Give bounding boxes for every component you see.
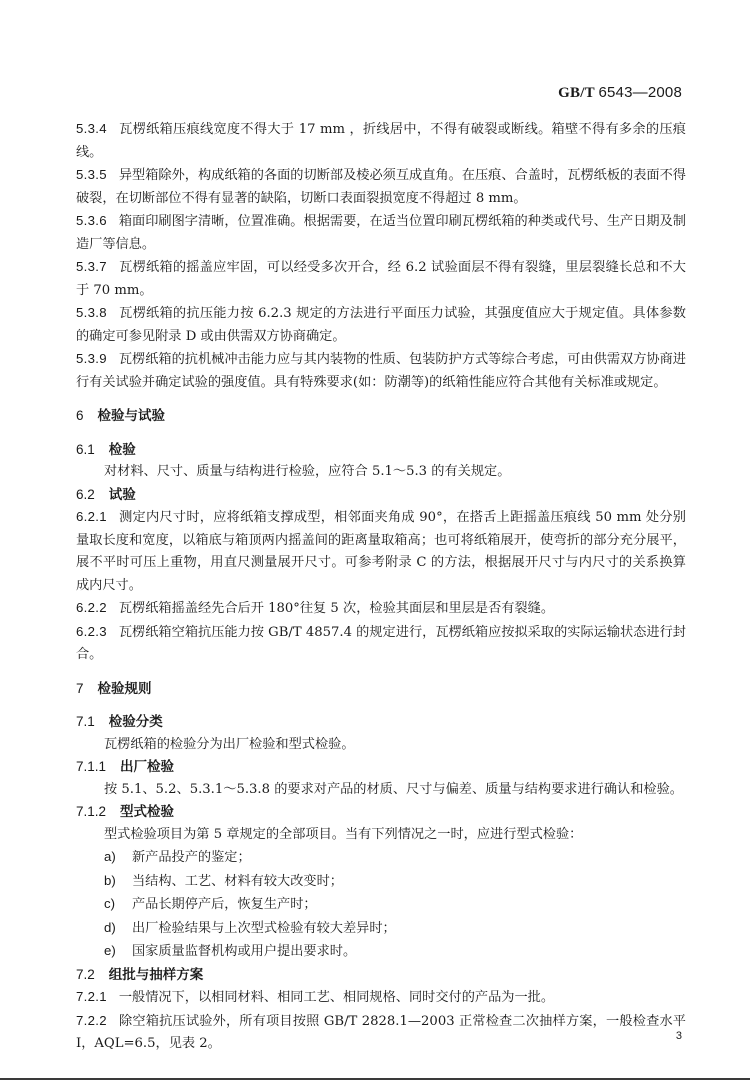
section-number: 7.1 [76,714,95,729]
list-text: 出厂检验结果与上次型式检验有较大差异时； [132,921,396,936]
list-item-b: b)当结构、工艺、材料有较大改变时； [76,870,686,894]
clause-text: 瓦楞纸箱空箱抗压能力按 GB/T 4857.4 的规定进行，瓦楞纸箱应按拟采取的… [76,625,686,663]
paragraph-7-1: 瓦楞纸箱的检验分为出厂检验和型式检验。 [76,734,686,757]
document-page: GB/T 6543—2008 5.3.4瓦楞纸箱压痕线宽度不得大于 17 mm … [0,0,750,1078]
chapter-title: 检验规则 [98,681,152,696]
clause-number: 7.2.1 [76,989,107,1004]
list-text: 新产品投产的鉴定； [132,850,251,865]
section-number: 7.1.1 [76,759,106,774]
clause-5-3-9: 5.3.9瓦楞纸箱的抗机械冲击能力应与其内装物的性质、包装防护方式等综合考虑，可… [76,348,686,394]
section-6-2-heading: 6.2试验 [76,484,686,507]
standard-header: GB/T 6543—2008 [558,84,682,102]
paragraph-7-1-2: 型式检验项目为第 5 章规定的全部项目。当有下列情况之一时，应进行型式检验： [76,824,686,847]
paragraph-7-1-1: 按 5.1、5.2、5.3.1～5.3.8 的要求对产品的材质、尺寸与偏差、质量… [76,779,686,802]
list-item-d: d)出厂检验结果与上次型式检验有较大差异时； [76,917,686,941]
section-title: 检验 [109,442,136,457]
section-6-1-heading: 6.1检验 [76,439,686,462]
clause-5-3-4: 5.3.4瓦楞纸箱压痕线宽度不得大于 17 mm ，折线居中，不得有破裂或断线。… [76,118,686,164]
list-marker: c) [104,893,132,916]
section-7-2-heading: 7.2组批与抽样方案 [76,964,686,987]
list-marker: d) [104,917,132,940]
clause-6-2-3: 6.2.3瓦楞纸箱空箱抗压能力按 GB/T 4857.4 的规定进行，瓦楞纸箱应… [76,621,686,667]
chapter-7-heading: 7检验规则 [76,678,686,701]
list-marker: e) [104,940,132,963]
clause-number: 6.2.1 [76,509,107,524]
clause-text: 瓦楞纸箱的抗压能力按 6.2.3 规定的方法进行平面压力试验，其强度值应大于规定… [76,306,686,344]
section-7-1-1-heading: 7.1.1出厂检验 [76,756,686,779]
standard-prefix: GB/T [558,85,594,101]
section-title: 组批与抽样方案 [109,967,204,982]
list-text: 当结构、工艺、材料有较大改变时； [132,874,343,889]
clause-number: 5.3.7 [76,259,107,274]
section-title: 出厂检验 [120,759,174,774]
clause-number: 6.2.3 [76,624,107,639]
list-text: 产品长期停产后，恢复生产时； [132,897,317,912]
clause-text: 瓦楞纸箱的抗机械冲击能力应与其内装物的性质、包装防护方式等综合考虑，可由供需双方… [76,352,686,390]
clause-number: 5.3.4 [76,121,107,136]
clause-6-2-2: 6.2.2瓦楞纸箱摇盖经先合后开 180°往复 5 次，检验其面层和里层是否有裂… [76,597,686,621]
clause-text: 除空箱抗压试验外，所有项目按照 GB/T 2828.1—2003 正常检查二次抽… [76,1014,686,1052]
clause-number: 6.2.2 [76,600,107,615]
clause-number: 5.3.5 [76,167,107,182]
chapter-6-heading: 6检验与试验 [76,405,686,428]
clause-text: 瓦楞纸箱摇盖经先合后开 180°往复 5 次，检验其面层和里层是否有裂缝。 [119,601,554,616]
list-text: 国家质量监督机构或用户提出要求时。 [132,944,356,959]
clause-6-2-1: 6.2.1测定内尺寸时，应将纸箱支撑成型，相邻面夹角成 90°，在搭舌上距摇盖压… [76,506,686,597]
list-marker: a) [104,846,132,869]
section-7-1-heading: 7.1检验分类 [76,711,686,734]
section-title: 型式检验 [120,804,174,819]
clause-text: 测定内尺寸时，应将纸箱支撑成型，相邻面夹角成 90°，在搭舌上距摇盖压痕线 50… [76,510,686,593]
page-number: 3 [676,1030,682,1042]
clause-number: 5.3.9 [76,351,107,366]
chapter-number: 7 [76,681,84,696]
clause-text: 瓦楞纸箱压痕线宽度不得大于 17 mm ，折线居中，不得有破裂或断线。箱壁不得有… [76,122,686,160]
list-item-e: e)国家质量监督机构或用户提出要求时。 [76,940,686,964]
clause-5-3-7: 5.3.7瓦楞纸箱的摇盖应牢固，可以经受多次开合，经 6.2 试验面层不得有裂缝… [76,256,686,302]
paragraph-6-1: 对材料、尺寸、质量与结构进行检验，应符合 5.1～5.3 的有关规定。 [76,461,686,484]
section-number: 6.2 [76,487,95,502]
section-title: 检验分类 [109,714,163,729]
section-number: 7.1.2 [76,804,106,819]
clause-text: 箱面印刷图字清晰，位置准确。根据需要，在适当位置印刷瓦楞纸箱的种类或代号、生产日… [76,214,686,252]
clause-text: 一般情况下，以相同材料、相同工艺、相同规格、同时交付的产品为一批。 [119,990,554,1005]
clause-number: 5.3.8 [76,305,107,320]
clause-5-3-6: 5.3.6箱面印刷图字清晰，位置准确。根据需要，在适当位置印刷瓦楞纸箱的种类或代… [76,210,686,256]
clause-7-2-1: 7.2.1一般情况下，以相同材料、相同工艺、相同规格、同时交付的产品为一批。 [76,986,686,1010]
section-number: 7.2 [76,967,95,982]
chapter-title: 检验与试验 [98,408,166,423]
clause-number: 5.3.6 [76,213,107,228]
list-item-a: a)新产品投产的鉴定； [76,846,686,870]
clause-5-3-5: 5.3.5异型箱除外，构成纸箱的各面的切断部及棱必须互成直角。在压痕、合盖时，瓦… [76,164,686,210]
list-marker: b) [104,870,132,893]
chapter-number: 6 [76,408,84,423]
clause-text: 异型箱除外，构成纸箱的各面的切断部及棱必须互成直角。在压痕、合盖时，瓦楞纸板的表… [76,168,686,206]
list-item-c: c)产品长期停产后，恢复生产时； [76,893,686,917]
section-7-1-2-heading: 7.1.2型式检验 [76,801,686,824]
clause-number: 7.2.2 [76,1013,107,1028]
clause-5-3-8: 5.3.8瓦楞纸箱的抗压能力按 6.2.3 规定的方法进行平面压力试验，其强度值… [76,302,686,348]
standard-number: 6543—2008 [598,84,682,101]
document-body: 5.3.4瓦楞纸箱压痕线宽度不得大于 17 mm ，折线居中，不得有破裂或断线。… [76,118,686,1056]
section-number: 6.1 [76,442,95,457]
clause-7-2-2: 7.2.2除空箱抗压试验外，所有项目按照 GB/T 2828.1—2003 正常… [76,1010,686,1056]
section-title: 试验 [109,487,136,502]
clause-text: 瓦楞纸箱的摇盖应牢固，可以经受多次开合，经 6.2 试验面层不得有裂缝，里层裂缝… [76,260,686,298]
